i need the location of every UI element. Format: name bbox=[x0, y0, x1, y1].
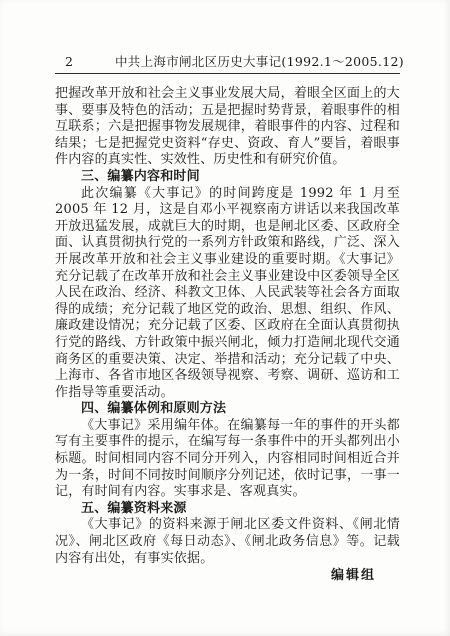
page-body: 把握改革开放和社会主义事业发展大局，着眼全区面上的大事、要事及特色的活动；五是把… bbox=[55, 86, 400, 585]
paragraph-section-3: 此次编纂《大事记》的时间跨度是 1992 年 1 月至 2005 年 12 月，… bbox=[55, 186, 400, 402]
section-heading-5: 五、编纂资料来源 bbox=[55, 501, 400, 518]
signature-editorial-group: 编辑组 bbox=[55, 568, 400, 585]
paragraph-section-4: 《大事记》采用编年体。在编纂每一年的事件的开头都写有主要事件的提示，在编写每一条… bbox=[55, 418, 400, 501]
paragraph-section-5: 《大事记》的资料来源于闸北区委文件资料、《闸北情况》、闸北区政府《每日动态》、《… bbox=[55, 517, 400, 567]
page-number: 2 bbox=[55, 54, 115, 70]
paragraph-continued: 把握改革开放和社会主义事业发展大局，着眼全区面上的大事、要事及特色的活动；五是把… bbox=[55, 86, 400, 169]
scanned-book-page: 2 中共上海市闸北区历史大事记(1992.1～2005.12) 把握改革开放和社… bbox=[0, 0, 450, 636]
section-heading-4: 四、编纂体例和原则方法 bbox=[55, 401, 400, 418]
page-header: 2 中共上海市闸北区历史大事记(1992.1～2005.12) bbox=[55, 54, 400, 70]
running-title: 中共上海市闸北区历史大事记(1992.1～2005.12) bbox=[115, 54, 404, 70]
section-heading-3: 三、编纂内容和时间 bbox=[55, 169, 400, 186]
header-divider bbox=[55, 73, 400, 74]
